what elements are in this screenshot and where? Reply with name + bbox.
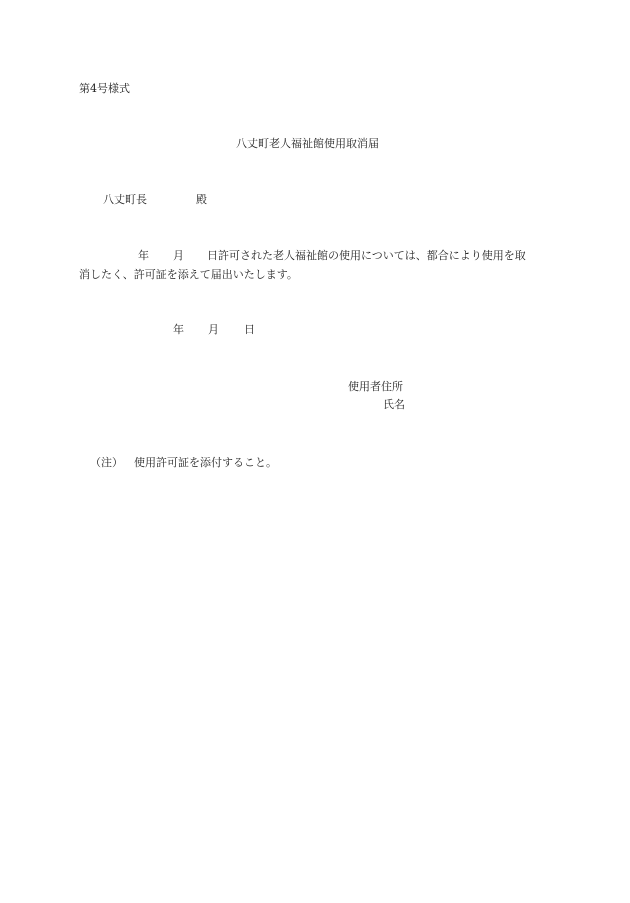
addressee-honorific: 殿	[196, 194, 207, 205]
document-title: 八丈町老人福祉館使用取消届	[236, 138, 379, 149]
note: （注）使用許可証を添付すること。	[90, 457, 277, 468]
body-text-line-2: 消したく、許可証を添えて届出いたします。	[79, 269, 298, 280]
date-month-label: 月	[208, 324, 219, 335]
addressee: 八丈町長 殿	[103, 194, 147, 205]
body-month-label: 月	[173, 250, 184, 261]
applicant-name-label: 氏名	[383, 399, 405, 410]
body-year-label: 年	[138, 250, 149, 261]
note-text: 使用許可証を添付すること。	[134, 456, 277, 469]
date-year-label: 年	[173, 324, 184, 335]
applicant-address-label: 使用者住所	[348, 381, 403, 392]
note-marker: （注）	[90, 456, 123, 469]
body-text-rest: 日許可された老人福祉館の使用については、都合により使用を取	[207, 250, 526, 261]
date-day-label: 日	[244, 324, 255, 335]
addressee-name: 八丈町長	[103, 193, 147, 206]
form-number: 第4号様式	[79, 83, 130, 94]
